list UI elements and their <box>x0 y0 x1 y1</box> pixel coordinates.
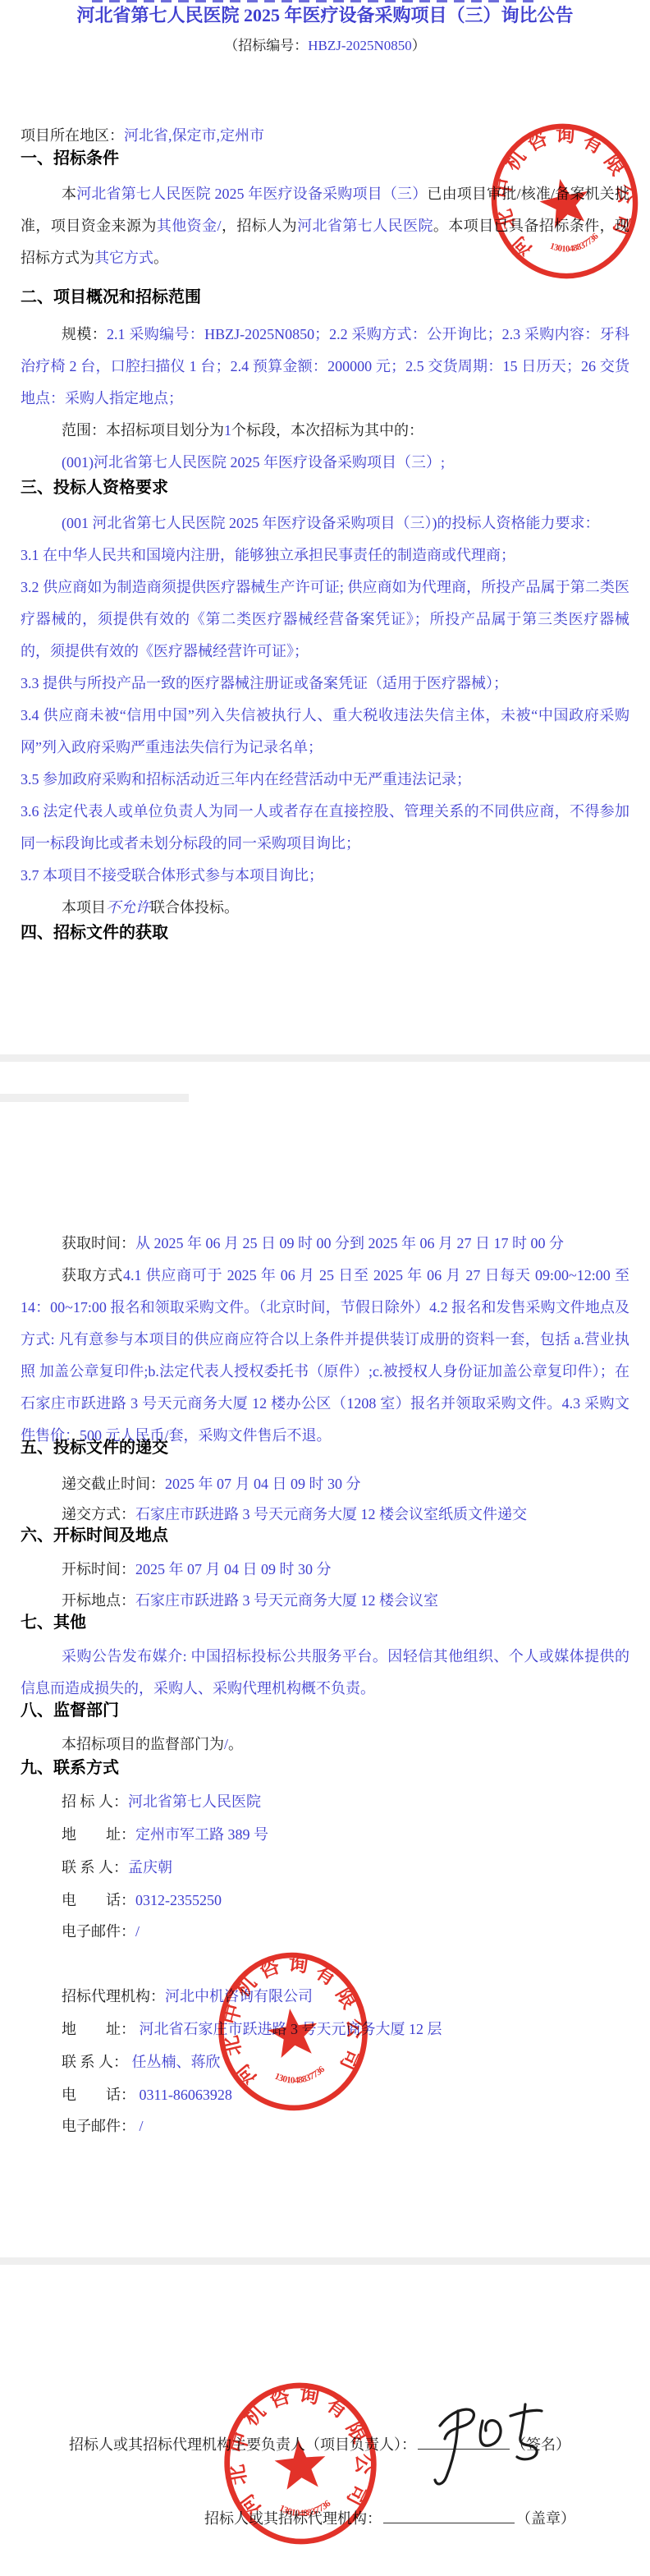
text-segment: 从 2025 年 06 月 25 日 09 时 00 分到 2025 年 06 … <box>135 1235 564 1251</box>
text-segment: ，招标人为 <box>222 218 298 234</box>
text-segment: 孟庆朝 <box>128 1859 172 1876</box>
paragraph: 采购公告发布媒介: 中国招标投标公共服务平台。因轻信其他组织、个人或媒体提供的信… <box>21 1641 629 1705</box>
paragraph: 本河北省第七人民医院 2025 年医疗设备采购项目（三）已由项目审批/核准/备案… <box>21 178 629 274</box>
blank-underline <box>418 2448 510 2450</box>
paragraph: 地 址：定州市军工路 389 号 <box>21 1819 629 1851</box>
text-segment: 。 <box>153 250 168 266</box>
text-segment: 项目所在地区： <box>21 127 124 144</box>
text-segment: 规模： <box>62 326 107 342</box>
text-segment: / <box>140 2118 144 2134</box>
text-segment: 2025 年 07 月 04 日 09 时 30 分 <box>135 1561 332 1577</box>
grey-band <box>0 1054 650 1062</box>
text-segment: 0311-86063928 <box>140 2087 232 2103</box>
svg-text:询: 询 <box>287 1952 310 1977</box>
text-segment: (001 河北省第七人民医院 2025 年医疗设备采购项目（三）)的投标人资格能… <box>62 515 600 531</box>
text-segment: 3.3 提供与所投产品一致的医疗器械注册证或备案凭证（适用于医疗器械）； <box>21 675 508 691</box>
svg-text:机: 机 <box>239 2399 270 2431</box>
text-segment: 0312-2355250 <box>135 1892 222 1908</box>
tender-number-suffix: ） <box>412 38 426 53</box>
text-segment: / <box>135 1923 140 1940</box>
text-segment: 河北省石家庄市跃进路 3 号天元商务大厦 12 层 <box>140 2021 442 2037</box>
text-segment: 。 <box>228 1736 243 1752</box>
tender-number: HBZJ-2025N0850 <box>308 38 412 53</box>
text-segment: 河北省第七人民医院 2025 年医疗设备采购项目（三） <box>76 186 427 202</box>
paragraph: 3.5 参加政府采购和招标活动近三年内在经营活动中无严重违法记录； <box>21 764 629 796</box>
text-segment: 2025 年 07 月 04 日 09 时 30 分 <box>165 1476 361 1492</box>
paragraph: 获取时间：从 2025 年 06 月 25 日 09 时 00 分到 2025 … <box>21 1228 629 1260</box>
svg-text:北: 北 <box>226 2463 251 2486</box>
paragraph: 递交截止时间：2025 年 07 月 04 日 09 时 30 分 <box>21 1468 629 1500</box>
grey-band <box>0 2257 650 2265</box>
text-segment: 河北省,保定市,定州市 <box>124 127 264 144</box>
text-segment: （签名） <box>511 2436 570 2453</box>
text-segment: 其他资金/ <box>157 218 222 234</box>
svg-text:咨: 咨 <box>256 1954 284 1983</box>
text-segment: 3.7 本项目不接受联合体形式参与本项目询比； <box>21 867 323 884</box>
section-heading: 二、项目概况和招标范围 <box>21 287 629 308</box>
text-segment: 1 <box>224 422 231 439</box>
paragraph: 招标代理机构：河北中机咨询有限公司 <box>21 1981 629 2013</box>
text-segment: 3.4 供应商未被“信用中国”列入失信被执行人、重大税收违法失信主体，未被“中国… <box>21 707 629 755</box>
section-heading: 三、投标人资格要求 <box>21 477 629 498</box>
text-segment: 电子邮件： <box>62 1923 135 1940</box>
paragraph: 电 话：0312-2355250 <box>21 1885 629 1917</box>
text-segment: 石家庄市跃进路 3 号天元商务大厦 12 楼会议室纸质文件递交 <box>135 1506 527 1522</box>
text-segment: 其它方式 <box>94 250 153 266</box>
paragraph: 3.7 本项目不接受联合体形式参与本项目询比； <box>21 860 629 892</box>
text-segment: 河北省第七人民医院 <box>297 218 433 234</box>
text-segment: 电 话： <box>62 1892 135 1908</box>
text-segment: 不允许 <box>106 899 150 916</box>
text-segment: 地 址： <box>62 2021 140 2037</box>
text-segment: 电 话： <box>62 2087 140 2103</box>
document-title: 河北省第七人民医院 2025 年医疗设备采购项目（三）询比公告 <box>0 3 650 28</box>
paragraph: 获取方式4.1 供应商可于 2025 年 06 月 25 日至 2025 年 0… <box>21 1260 629 1452</box>
paragraph: 3.6 法定代表人或单位负责人为同一人或者存在直接控股、管理关系的不同供应商，不… <box>21 796 629 860</box>
text-segment: 河北省第七人民医院 <box>128 1793 261 1810</box>
paragraph: 开标时间：2025 年 07 月 04 日 09 时 30 分 <box>21 1554 629 1586</box>
blank-underline <box>383 2522 515 2523</box>
text-segment: 任丛楠、蒋欣 <box>132 2054 221 2070</box>
paragraph: 地 址： 河北省石家庄市跃进路 3 号天元商务大厦 12 层 <box>21 2014 629 2046</box>
section-heading: 九、联系方式 <box>21 1757 629 1779</box>
paragraph: 招 标 人：河北省第七人民医院 <box>21 1786 629 1818</box>
text-segment: 招标代理机构： <box>62 1988 165 2004</box>
text-segment: 地 址： <box>62 1826 135 1843</box>
section-heading: 一、招标条件 <box>21 148 629 169</box>
svg-text:有: 有 <box>322 2393 352 2423</box>
paragraph: 电子邮件： / <box>21 2110 629 2142</box>
text-segment: 递交方式： <box>62 1506 135 1522</box>
paragraph: 招标人或其招标代理机构：（盖章） <box>204 2503 575 2535</box>
section-heading: 七、其他 <box>21 1612 629 1633</box>
text-segment: 本招标项目的监督部门为 <box>62 1736 224 1752</box>
text-segment: 采购公告发布媒介: 中国招标投标公共服务平台。因轻信其他组织、个人或媒体提供的信… <box>21 1648 629 1697</box>
tender-number-prefix: （招标编号： <box>224 38 308 53</box>
paragraph: 电子邮件：/ <box>21 1916 629 1948</box>
text-segment: 递交截止时间： <box>62 1476 165 1492</box>
text-segment: 联 系 人： <box>62 2054 132 2070</box>
text-segment: 河北中机咨询有限公司 <box>165 1988 313 2004</box>
text-segment: 3.2 供应商如为制造商须提供医疗器械生产许可证; 供应商如为代理商，所投产品属… <box>21 579 629 659</box>
paragraph: 联 系 人： 任丛楠、蒋欣 <box>21 2046 629 2078</box>
section-heading: 八、监督部门 <box>21 1700 629 1721</box>
paragraph: 范围：本招标项目划分为1个标段，本次招标为其中的： <box>21 415 629 447</box>
text-segment: 个标段，本次招标为其中的： <box>231 422 423 439</box>
text-segment: 联合体投标。 <box>150 899 239 916</box>
text-segment: 3.1 在中华人民共和国境内注册，能够独立承担民事责任的制造商或代理商； <box>21 547 515 563</box>
text-segment: 联 系 人： <box>62 1859 128 1876</box>
paragraph: 3.3 提供与所投产品一致的医疗器械注册证或备案凭证（适用于医疗器械）； <box>21 668 629 700</box>
text-segment: 石家庄市跃进路 3 号天元商务大厦 12 楼会议室 <box>135 1592 438 1609</box>
text-segment: 开标地点： <box>62 1592 135 1609</box>
text-segment: 范围：本招标项目划分为 <box>62 422 224 439</box>
section-heading: 六、开标时间及地点 <box>21 1525 629 1546</box>
text-segment: 获取方式 <box>62 1267 123 1283</box>
paragraph: 3.2 供应商如为制造商须提供医疗器械生产许可证; 供应商如为代理商，所投产品属… <box>21 572 629 668</box>
clipped-text-sliver <box>92 0 535 2</box>
text-segment: 定州市军工路 389 号 <box>135 1826 268 1843</box>
text-segment: 3.6 法定代表人或单位负责人为同一人或者存在直接控股、管理关系的不同供应商，不… <box>21 803 629 852</box>
paragraph: 电 话： 0311-86063928 <box>21 2079 629 2111</box>
paragraph: 招标人或其招标代理机构主要负责人（项目负责人）：（签名） <box>69 2429 570 2461</box>
section-heading: 五、投标文件的递交 <box>21 1437 629 1458</box>
paragraph: 3.1 在中华人民共和国境内注册，能够独立承担民事责任的制造商或代理商； <box>21 540 629 572</box>
paragraph: 3.4 供应商未被“信用中国”列入失信被执行人、重大税收违法失信主体，未被“中国… <box>21 700 629 764</box>
section-heading: 四、招标文件的获取 <box>21 922 629 944</box>
text-segment: 2.1 采购编号：HBZJ-2025N0850；2.2 采购方式：公开询比；2.… <box>21 326 629 406</box>
text-segment: 本项目 <box>62 899 106 916</box>
text-segment: （盖章） <box>516 2510 575 2527</box>
paragraph: 联 系 人：孟庆朝 <box>21 1852 629 1884</box>
text-segment: 招标人或其招标代理机构主要负责人（项目负责人）： <box>69 2436 416 2453</box>
tender-notice-document: 河北省第七人民医院 2025 年医疗设备采购项目（三）询比公告 （招标编号：HB… <box>0 0 650 2576</box>
text-segment: 招标人或其招标代理机构： <box>204 2510 382 2527</box>
text-segment: 获取时间： <box>62 1235 135 1251</box>
grey-band <box>0 1094 189 1102</box>
text-segment: (001)河北省第七人民医院 2025 年医疗设备采购项目（三）; <box>62 454 445 471</box>
tender-number-line: （招标编号：HBZJ-2025N0850） <box>0 36 650 56</box>
paragraph: 本招标项目的监督部门为/。 <box>21 1729 629 1761</box>
svg-text:咨: 咨 <box>267 2384 294 2413</box>
text-segment: 3.5 参加政府采购和招标活动近三年内在经营活动中无严重违法记录； <box>21 771 471 787</box>
svg-text:询: 询 <box>298 2383 322 2408</box>
paragraph: 本项目不允许联合体投标。 <box>21 892 629 924</box>
paragraph: (001 河北省第七人民医院 2025 年医疗设备采购项目（三）)的投标人资格能… <box>21 507 629 540</box>
text-segment: 开标时间： <box>62 1561 135 1577</box>
text-segment: 4.1 供应商可于 2025 年 06 月 25 日至 2025 年 06 月 … <box>21 1267 629 1444</box>
text-segment: 电子邮件： <box>62 2118 140 2134</box>
paragraph: 规模：2.1 采购编号：HBZJ-2025N0850；2.2 采购方式：公开询比… <box>21 319 629 415</box>
paragraph: (001)河北省第七人民医院 2025 年医疗设备采购项目（三）; <box>21 447 629 479</box>
text-segment: 招 标 人： <box>62 1793 128 1810</box>
text-segment: 本 <box>62 186 76 202</box>
